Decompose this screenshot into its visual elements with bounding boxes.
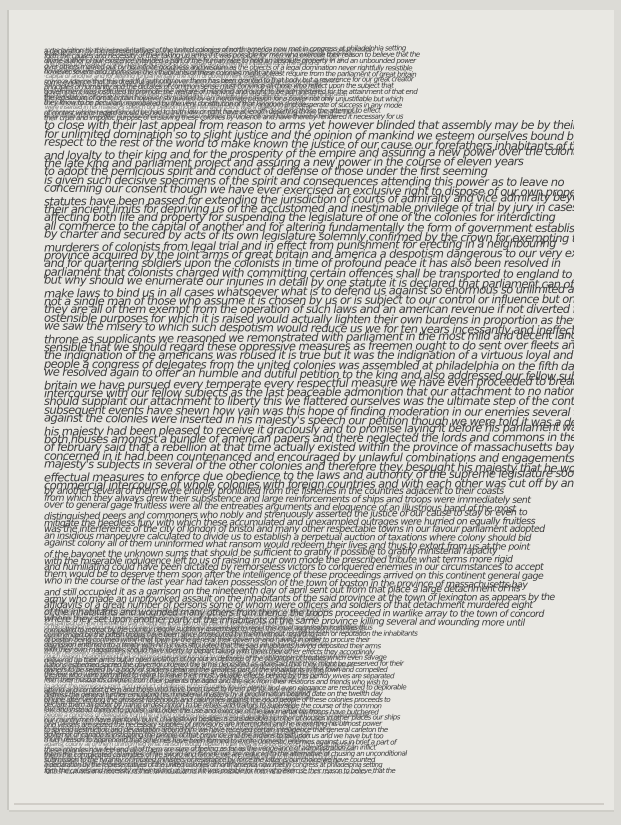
- handwritten-text-block: a declaration by the representatives of …: [44, 44, 574, 774]
- handwritten-line-overlap: attend and comfort them and those who ha…: [44, 770, 574, 774]
- handwritten-line-overlap: effectual measures to enforce due obedie…: [44, 112, 574, 120]
- paper-deckle-edge: [14, 803, 604, 805]
